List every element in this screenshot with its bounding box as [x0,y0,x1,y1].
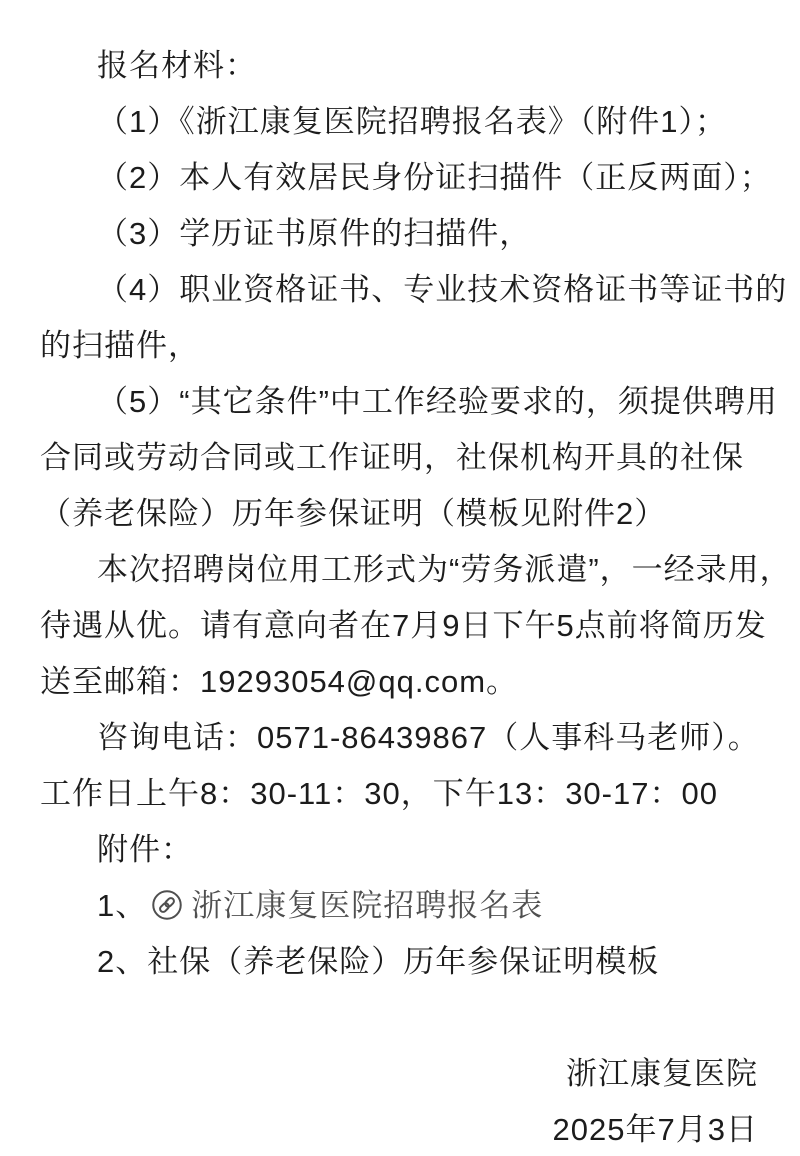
material-item-3: （3）学历证书原件的扫描件， [40,206,758,262]
section-heading-materials: 报名材料： [40,38,758,94]
recruitment-notice-document: 报名材料： （1）《浙江康复医院招聘报名表》（附件1）； （2）本人有效居民身份… [0,0,800,1156]
link-icon [151,889,183,921]
material-item-4-continued: 的扫描件， [40,318,758,374]
blank-line [40,990,758,1046]
signature-organization: 浙江康复医院 [40,1046,758,1102]
phone-line: 咨询电话：0571-86439867（人事科马老师）。 [40,710,758,766]
email-line: 送至邮箱：19293054@qq.com。 [40,654,758,710]
signature-date: 2025年7月3日 [40,1102,758,1156]
attachment-1-link[interactable]: 浙江康复医院招聘报名表 [191,888,543,923]
material-item-5-continued: 合同或劳动合同或工作证明，社保机构开具的社保 [40,430,758,486]
material-item-5-continued-2: （养老保险）历年参保证明（模板见附件2） [40,486,758,542]
material-item-1: （1）《浙江康复医院招聘报名表》（附件1）； [40,94,758,150]
attachment-2-number: 2、 [97,944,147,979]
employment-type-paragraph-continued: 待遇从优。请有意向者在7月9日下午5点前将简历发 [40,598,758,654]
work-hours-line: 工作日上午8：30-11：30，下午13：30-17：00 [40,766,758,822]
attachment-row-2: 2、社保（养老保险）历年参保证明模板 [40,934,758,990]
attachment-row-1: 1、浙江康复医院招聘报名表 [40,878,758,934]
attachments-heading: 附件： [40,822,758,878]
material-item-4: （4）职业资格证书、专业技术资格证书等证书的 [40,262,758,318]
attachment-2-label: 社保（养老保险）历年参保证明模板 [147,944,659,979]
employment-type-paragraph: 本次招聘岗位用工形式为“劳务派遣”，一经录用， [40,542,758,598]
attachment-1-number: 1、 [97,888,147,923]
material-item-2: （2）本人有效居民身份证扫描件（正反两面）； [40,150,758,206]
material-item-5: （5）“其它条件”中工作经验要求的，须提供聘用 [40,374,758,430]
